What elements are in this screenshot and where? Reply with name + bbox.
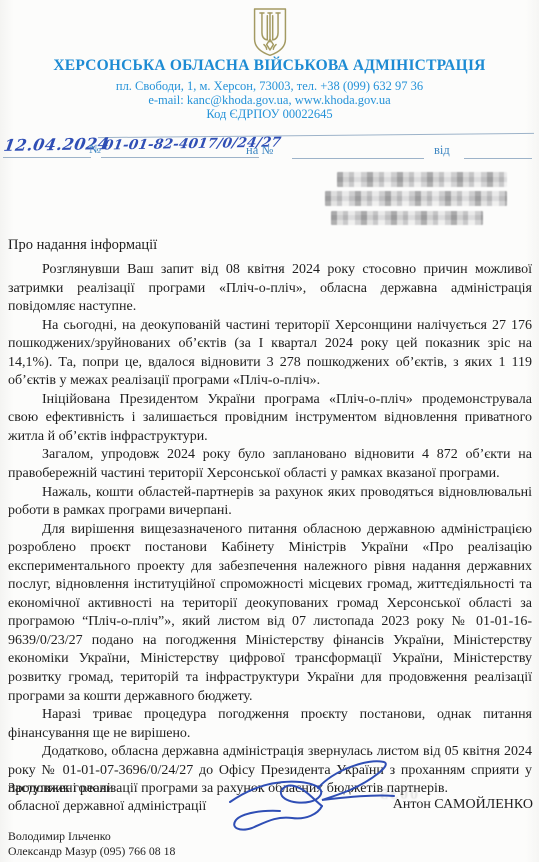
redacted-recipient-block: [323, 172, 515, 230]
scanned-letter-page: ХЕРСОНСЬКА ОБЛАСНА ВІЙСЬКОВА АДМІНІСТРАЦ…: [0, 0, 539, 862]
signer-position-line2: обласної державної адміністрації: [8, 799, 206, 815]
signer-position-line1: Заступник голови: [8, 781, 113, 797]
body-paragraph: Для вирішення вищезазначеного питання об…: [8, 521, 532, 706]
letter-body: Розглянувши Ваш запит від 08 квітня 2024…: [8, 261, 532, 799]
executor-contact-2: Олександр Мазур (095) 766 08 18: [8, 844, 175, 859]
executor-contact-1: Володимир Ільченко: [8, 829, 111, 844]
number-underline: [101, 157, 259, 158]
incoming-date-underline: [464, 158, 532, 159]
redacted-line: [325, 191, 507, 206]
body-paragraph: Наразі триває процедура погодження проєк…: [8, 706, 532, 743]
incoming-number-underline: [292, 158, 424, 159]
incoming-number-label: на №: [246, 143, 273, 158]
body-paragraph: Розглянувши Ваш запит від 08 квітня 2024…: [8, 261, 532, 317]
subject-line: Про надання інформації: [8, 237, 157, 254]
incoming-date-label: від: [434, 143, 450, 158]
number-label: №: [89, 142, 101, 157]
organization-address: пл. Свободи, 1, м. Херсон, 73003, тел. +…: [0, 79, 539, 94]
signer-name: Антон САМОЙЛЕНКО: [393, 797, 533, 813]
date-underline: [3, 157, 91, 158]
organization-email-web: e-mail: kanc@khoda.gov.ua, www.khoda.gov…: [0, 93, 539, 108]
ukraine-trident-emblem-icon: [249, 7, 291, 63]
body-paragraph: На сьогодні, на деокупованій частині тер…: [8, 317, 532, 391]
organization-edrpou-code: Код ЄДРПОУ 00022645: [0, 107, 539, 122]
handwritten-signature-icon: [222, 758, 397, 837]
redacted-line: [337, 172, 507, 187]
body-paragraph: Нажаль, кошти областей-партнерів за раху…: [8, 484, 532, 521]
organization-name: ХЕРСОНСЬКА ОБЛАСНА ВІЙСЬКОВА АДМІНІСТРАЦ…: [0, 57, 539, 75]
redacted-line: [331, 211, 483, 225]
body-paragraph: Ініційована Президентом України програма…: [8, 391, 532, 447]
body-paragraph: Загалом, упродовж 2024 року було заплано…: [8, 446, 532, 483]
